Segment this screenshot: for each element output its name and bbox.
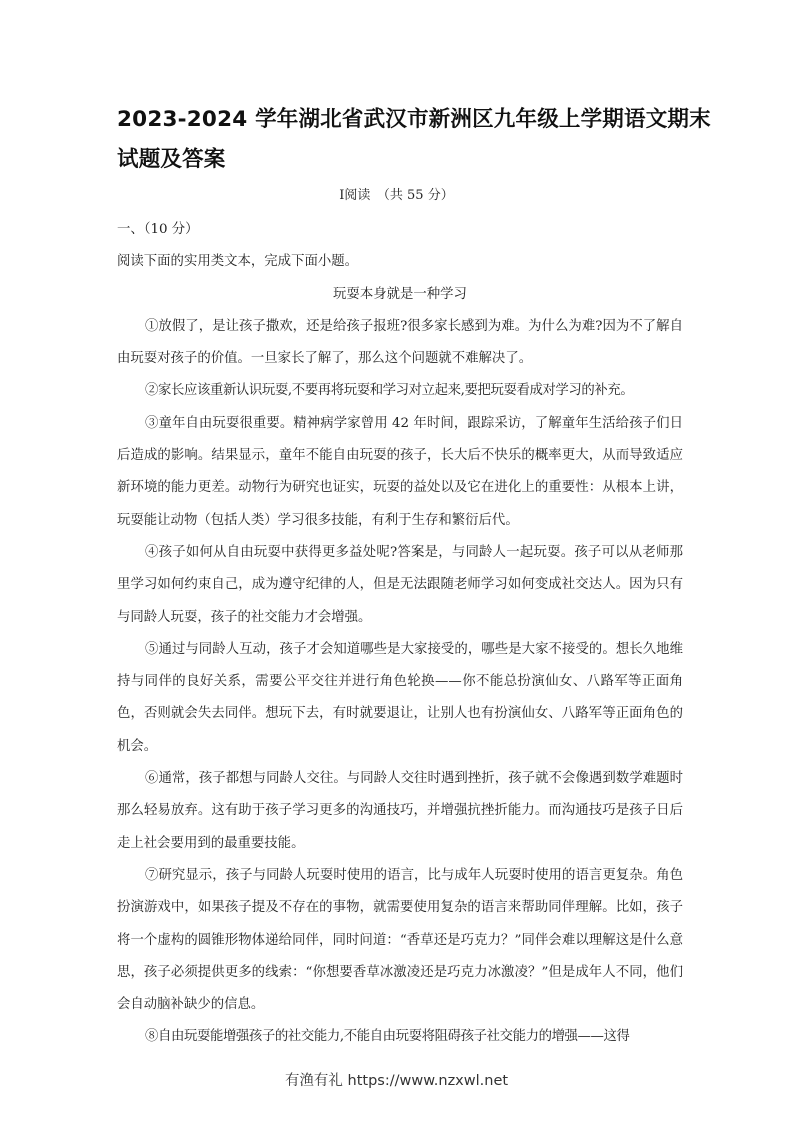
article-title: 玩耍本身就是一种学习 [117,279,683,311]
paragraph-1: ①放假了，是让孩子撒欢，还是给孩子报班?很多家长感到为难。为什么为难?因为不了解… [117,311,683,376]
paragraph-3: ③童年自由玩耍很重要。精神病学家曾用 42 年时间，跟踪采访，了解童年生活给孩子… [117,408,683,537]
section-heading: Ⅰ阅读 （共 55 分） [0,186,793,206]
footer-watermark: 有渔有礼 https://www.nzxwl.net [0,1069,793,1090]
paragraph-4: ④孩子如何从自由玩耍中获得更多益处呢?答案是，与同龄人一起玩耍。孩子可以从老师那… [117,537,683,634]
paragraph-6: ⑥通常，孩子都想与同龄人交往。与同龄人交往时遇到挫折，孩子就不会像遇到数学难题时… [117,763,683,860]
title-line-1: 2023-2024 学年湖北省武汉市新洲区九年级上学期语文期末 [117,100,697,140]
paragraph-2: ②家长应该重新认识玩耍,不要再将玩耍和学习对立起来,要把玩耍看成对学习的补充。 [117,375,683,407]
paragraph-8: ⑧自由玩耍能增强孩子的社交能力,不能自由玩耍将阻碍孩子社交能力的增强——这得 [117,1021,683,1053]
paragraph-5: ⑤通过与同龄人互动，孩子才会知道哪些是大家接受的，哪些是大家不接受的。想长久地维… [117,634,683,763]
question-label: 一、（10 分） [117,214,683,246]
document-title: 2023-2024 学年湖北省武汉市新洲区九年级上学期语文期末 试题及答案 [117,100,697,180]
instruction-text: 阅读下面的实用类文本，完成下面小题。 [117,246,683,278]
document-body: 一、（10 分） 阅读下面的实用类文本，完成下面小题。 玩耍本身就是一种学习 ①… [117,214,683,1054]
title-line-2: 试题及答案 [117,140,697,180]
paragraph-7: ⑦研究显示，孩子与同龄人玩耍时使用的语言，比与成年人玩耍时使用的语言更复杂。角色… [117,860,683,1021]
